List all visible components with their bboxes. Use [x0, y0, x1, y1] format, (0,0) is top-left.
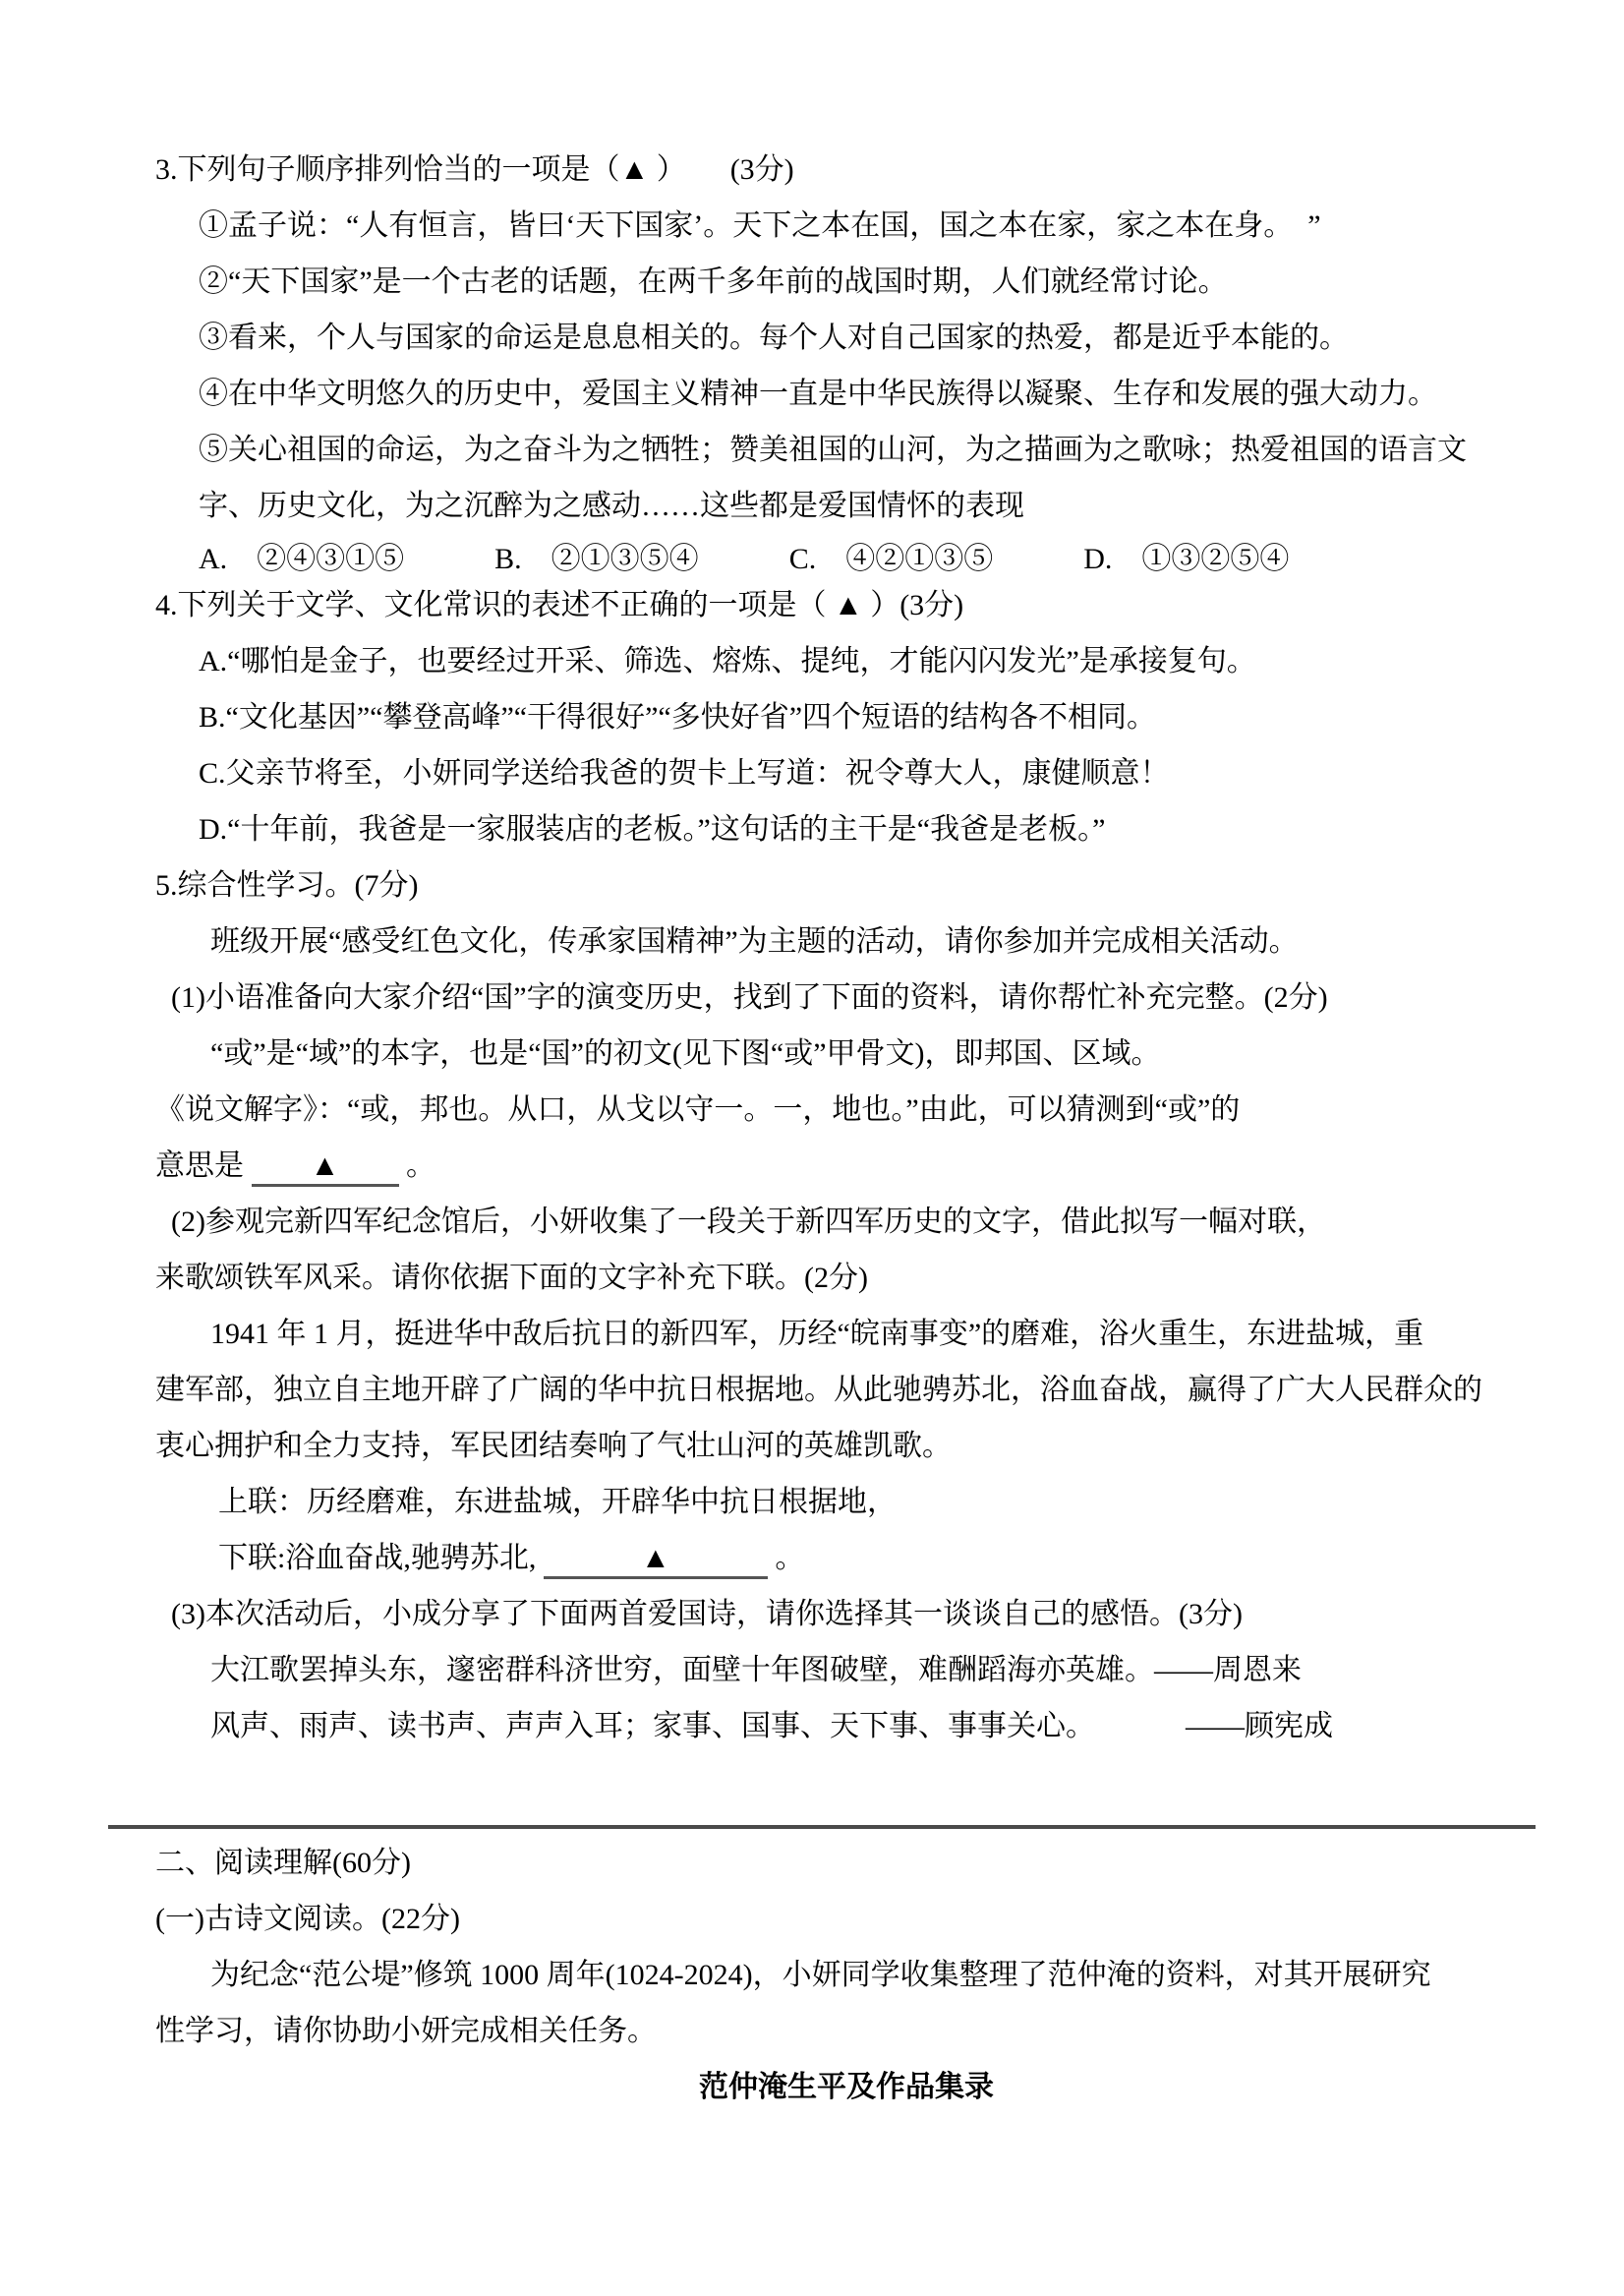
q3-sentence-5: ⑤关心祖国的命运，为之奋斗为之牺牲；赞美祖国的山河，为之描画为之歌咏；热爱祖国的… [155, 422, 1537, 478]
q5-heading: 5.综合性学习。(7分) [155, 857, 1537, 913]
section-divider [108, 1825, 1536, 1829]
table-title: 范仲淹生平及作品集录 [155, 2059, 1537, 2115]
section2-para-2: 性学习，请你协助小妍完成相关任务。 [155, 2003, 1537, 2059]
q5-part2-prompt-1: (2)参观完新四军纪念馆后，小妍收集了一段关于新四军历史的文字，借此拟写一幅对联… [155, 1194, 1537, 1250]
q3-options-row: A. ②④③①⑤ B. ②①③⑤④ C. ④②①③⑤ D. ①③②⑤④ [155, 534, 1537, 577]
section2-para-1: 为纪念“范公堤”修筑 1000 周年(1024-2024)，小妍同学收集整理了范… [155, 1947, 1537, 2003]
q3-sentence-1: ①孟子说：“人有恒言，皆曰‘天下国家’。天下之本在国，国之本在家，家之本在身。 … [155, 198, 1537, 254]
q5-part1-answer-suffix: 。 [406, 1149, 435, 1182]
section-spacer [155, 1754, 1537, 1825]
exam-page: 3.下列句子顺序排列恰当的一项是（▲ ） (3分) ①孟子说：“人有恒言，皆曰‘… [0, 0, 1624, 2115]
q3-sentence-2: ②“天下国家”是一个古老的话题，在两千多年前的战国时期，人们就经常讨论。 [155, 254, 1537, 310]
q3-sentence-3: ③看来，个人与国家的命运是息息相关的。每个人对自己国家的热爱，都是近乎本能的。 [155, 310, 1537, 366]
q3-heading: 3.下列句子顺序排列恰当的一项是（▲ ） (3分) [155, 142, 1537, 198]
q5-part2-passage-3: 衷心拥护和全力支持，军民团结奏响了气壮山河的英雄凯歌。 [155, 1418, 1537, 1474]
q5-part2-prompt-2: 来歌颂铁军风采。请你依据下面的文字补充下联。(2分) [155, 1250, 1537, 1306]
section2-subheading: (一)古诗文阅读。(22分) [155, 1891, 1537, 1947]
question-5: 5.综合性学习。(7分) 班级开展“感受红色文化，传承家国精神”为主题的活动，请… [155, 857, 1537, 1754]
q4-option-b: B.“文化基因”“攀登高峰”“干得很好”“多快好省”四个短语的结构各不相同。 [155, 689, 1537, 745]
q5-part1-answer-prefix: 意思是 [155, 1149, 244, 1182]
question-3: 3.下列句子顺序排列恰当的一项是（▲ ） (3分) ①孟子说：“人有恒言，皆曰‘… [155, 142, 1537, 577]
poem-line-1: 大江歌罢掉头东，邃密群科济世穷，面壁十年图破壁，难酬蹈海亦英雄。——周恩来 [155, 1642, 1537, 1698]
couplet-bottom-prefix: 下联:浴血奋战,驰骋苏北, [218, 1542, 536, 1574]
q3-sentence-5-continuation: 字、历史文化，为之沉醉为之感动……这些都是爱国情怀的表现 [155, 478, 1537, 534]
couplet-bottom-suffix: 。 [775, 1542, 804, 1574]
poem-2-text: 风声、雨声、读书声、声声入耳；家事、国事、天下事、事事关心。 [210, 1710, 1095, 1742]
q5-intro: 班级开展“感受红色文化，传承家国精神”为主题的活动，请你参加并完成相关活动。 [155, 913, 1537, 970]
section2-heading: 二、阅读理解(60分) [155, 1835, 1537, 1891]
answer-blank-meaning: ▲ [252, 1148, 399, 1187]
poem-2-author: ——顾宪成 [1186, 1710, 1333, 1742]
q5-part1-answer-line: 意思是 ▲ 。 [155, 1138, 1537, 1194]
q5-part2-passage-2: 建军部，独立自主地开辟了广阔的华中抗日根据地。从此驰骋苏北，浴血奋战，赢得了广大… [155, 1362, 1537, 1418]
couplet-bottom: 下联:浴血奋战,驰骋苏北, ▲ 。 [155, 1530, 1537, 1586]
q4-option-c: C.父亲节将至，小妍同学送给我爸的贺卡上写道：祝令尊大人，康健顺意！ [155, 745, 1537, 801]
poem-line-2: 风声、雨声、读书声、声声入耳；家事、国事、天下事、事事关心。——顾宪成 [155, 1698, 1537, 1754]
question-4: 4.下列关于文学、文化常识的表述不正确的一项是（ ▲ ）(3分) A.“哪怕是金… [155, 577, 1537, 857]
q5-part1-material-2: 《说文解字》：“或，邦也。从口，从戈以守一。一，地也。”由此，可以猜测到“或”的 [155, 1082, 1537, 1138]
q3-option-b: B. ②①③⑤④ [494, 534, 699, 577]
poem-1-text: 大江歌罢掉头东，邃密群科济世穷，面壁十年图破壁，难酬蹈海亦英雄。 [210, 1654, 1154, 1686]
answer-blank-couplet: ▲ [544, 1541, 768, 1579]
q4-option-a: A.“哪怕是金子，也要经过开采、筛选、熔炼、提纯，才能闪闪发光”是承接复句。 [155, 633, 1537, 689]
q3-option-a: A. ②④③①⑤ [199, 534, 404, 577]
blank-marker: ▲ [641, 1542, 670, 1574]
q3-option-c: C. ④②①③⑤ [789, 534, 994, 577]
q4-heading: 4.下列关于文学、文化常识的表述不正确的一项是（ ▲ ）(3分) [155, 577, 1537, 633]
poem-1-author: ——周恩来 [1154, 1654, 1302, 1686]
q3-sentence-4: ④在中华文明悠久的历史中，爱国主义精神一直是中华民族得以凝聚、生存和发展的强大动… [155, 366, 1537, 422]
q3-option-d: D. ①③②⑤④ [1083, 534, 1289, 577]
q5-part1-material-1: “或”是“域”的本字，也是“国”的初文(见下图“或”甲骨文)，即邦国、区域。 [155, 1026, 1537, 1082]
couplet-top: 上联：历经磨难，东进盐城，开辟华中抗日根据地， [155, 1474, 1537, 1530]
q4-option-d: D.“十年前，我爸是一家服装店的老板。”这句话的主干是“我爸是老板。” [155, 801, 1537, 857]
q5-part3-prompt: (3)本次活动后，小成分享了下面两首爱国诗，请你选择其一谈谈自己的感悟。(3分) [155, 1586, 1537, 1642]
blank-marker: ▲ [311, 1149, 340, 1182]
q5-part1-prompt: (1)小语准备向大家介绍“国”字的演变历史，找到了下面的资料，请你帮忙补充完整。… [155, 970, 1537, 1026]
section-2-reading: 二、阅读理解(60分) (一)古诗文阅读。(22分) 为纪念“范公堤”修筑 10… [155, 1825, 1537, 2115]
q5-part2-passage-1: 1941 年 1 月，挺进华中敌后抗日的新四军，历经“皖南事变”的磨难，浴火重生… [155, 1306, 1537, 1362]
